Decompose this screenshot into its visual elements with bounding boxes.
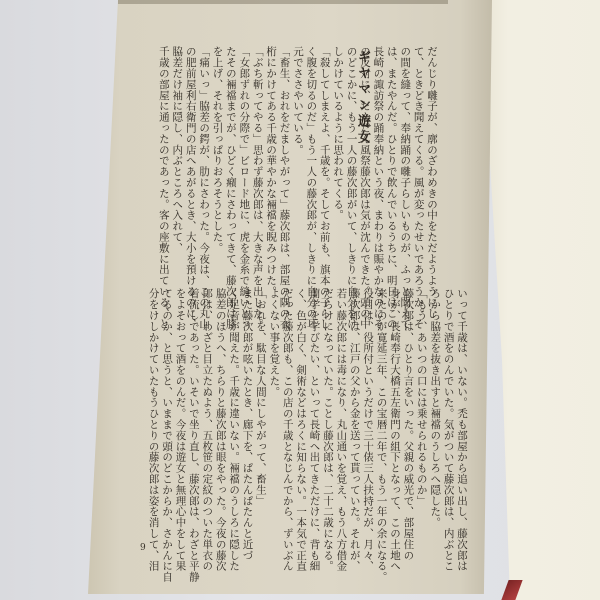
text-column: の肥前屋利右衛門の店へあがるとき、大小を預けるのに、 [183, 46, 196, 278]
text-column: てるのか、と思うと、いままで頭のどこからか、さかんに自 [160, 288, 173, 538]
text-column: また藤次郎が呟いたとき、廊下を、ぱたんぱたんと近づ [240, 288, 253, 538]
text-column: ろから脇差を抜き出すと裲襠のうしろへ隠した。 [428, 288, 441, 538]
text-column: く足音が聞えた。千歳に違いない。裲襠のうしろに隠した [227, 288, 240, 538]
text-column: 長崎の諏訪祭の踊奉納という夜、まわりは賑やかなのにそ [371, 46, 384, 278]
text-column: 脇差だけ袖に隠し、内ぶところへ入れて、 [170, 46, 183, 278]
text-column: 脇差のほうへ、ちらりと藤次郎は眼をやった。今夜の藤次 [213, 288, 226, 538]
text-column: 「痛いっ」脇差の鍔が、肋にさわった。今夜は、この丸山 [197, 46, 210, 278]
text-column: の反対に、だんだん風祭藤次郎は気が沈んできた。頭の中 [358, 46, 371, 278]
text-column: 郎は、わざと目立たぬよう、五枚笹の定紋のついた単衣の [200, 288, 213, 538]
text-column: く腹を切るのだ」もう一人の藤次郎が、しきりに自分の耳 [304, 46, 317, 278]
text-column: 「もう、あいつの口には乗せられるものか」 [414, 288, 427, 538]
text-column: 「ぶち斬ってやる」思わず藤次郎は、大きな声を出した。 [250, 46, 263, 278]
text-column: 「おれを、駄目な人間にしやがって、畜生」 [254, 288, 267, 538]
text-column: 身が、長崎奉行大橋五左衛門の組下となって、この土地へ [388, 288, 401, 538]
text-column: だった藤次郎も、この店の千歳となじんでから、ずいぶん [280, 288, 293, 538]
text-column: ひとりで酒をのんでいた。気がついて藤次郎は、内ぶとこ [441, 288, 454, 538]
text-column: だんじり囃子が、廓のざわめきの中をただようようにし [425, 46, 438, 278]
text-column: 若い藤次郎には毒になり、丸山通いを覚え、もう八方借金 [334, 288, 347, 538]
text-column: 役目は、役所付というだけで三十俵三人扶持だが、月々、 [361, 288, 374, 538]
text-column: よくない事を覚えた。 [267, 288, 280, 538]
text-column: 蘭学を学びたい、といって長崎へ出てきただけに、背も細 [307, 288, 320, 538]
text-column: 千歳の部屋に通ったのであった。客の座敷に出ている、と [156, 46, 169, 278]
text-column: く、色が白く、剣術などはろくに知らない。一本気で正直 [294, 288, 307, 538]
text-column: 着流しであった。いそいで坐り直し、藤次郎は、わざと平静 [186, 288, 199, 538]
text-column: いって千歳は、いない。禿も部屋から追い出し、藤次郎は [455, 288, 468, 538]
text-column: を上げ、それを引っぱりおろそうとした。 [210, 46, 223, 278]
text-column: たその裲襠までが、ひどく癪にさわってきて、藤次郎は膝 [224, 46, 237, 278]
text-column: 藤次郎は、江戸の父から金を送って貰っていた。それが、 [347, 288, 360, 538]
text-column: のどこかに、もう一人の藤次郎がいて、しきりに自分をけ [344, 46, 357, 278]
text-column: しかけているように思われてくる。 [331, 46, 344, 278]
text-column: の間を縫って、奉納踊の囃子らしいものが、ふっと聞えて [398, 46, 411, 278]
text-column: だらけになっていた。ことし藤次郎は、二十二歳になる。 [321, 288, 334, 538]
text-column: 桁にかけてある千歳の華やかな裲襠を睨みつけた。 [264, 46, 277, 278]
text-column: 分をけしかけていたもうひとりの藤次郎は姿を消して、泪 [146, 288, 159, 538]
text-column: 来たのが寛延三年、この宝暦二年で、もう一年の余になる。 [374, 288, 387, 538]
text-column: 元でささやいている。 [291, 46, 304, 278]
lower-text-block: いって千歳は、いない。禿も部屋から追い出し、藤次郎はひとりで酒をのんでいた。気が… [138, 288, 468, 538]
page-number: 9 [140, 543, 146, 553]
page-edge-shadow [118, 0, 448, 4]
text-column: をよそおって酒をのんだ。今夜は遊女と無理心中をして果 [173, 288, 186, 538]
text-column: 「女郎ずれの分際で」ビロード地に、虎を金糸で縫いとっ [237, 46, 250, 278]
text-column: て、ときどき聞えてくる。風が変ったせいであろうか。そ [411, 46, 424, 278]
text-column: 藤次郎は、ひとり言をいった。父親の威光で、部屋住の [401, 288, 414, 538]
text-column: 「畜生、おれをだましやがって」藤次郎は、部屋の隅の衣 [277, 46, 290, 278]
upper-text-block: だんじり囃子が、廓のざわめきの中をただようようにして、ときどき聞えてくる。風が変… [138, 46, 438, 278]
text-column: 「殺してしまえよ、千歳を。そしてお前も、旗本の子らし [317, 46, 330, 278]
text-column: は、またやんだ。ひとりで飲んでいるうちに、明日はこの [384, 46, 397, 278]
